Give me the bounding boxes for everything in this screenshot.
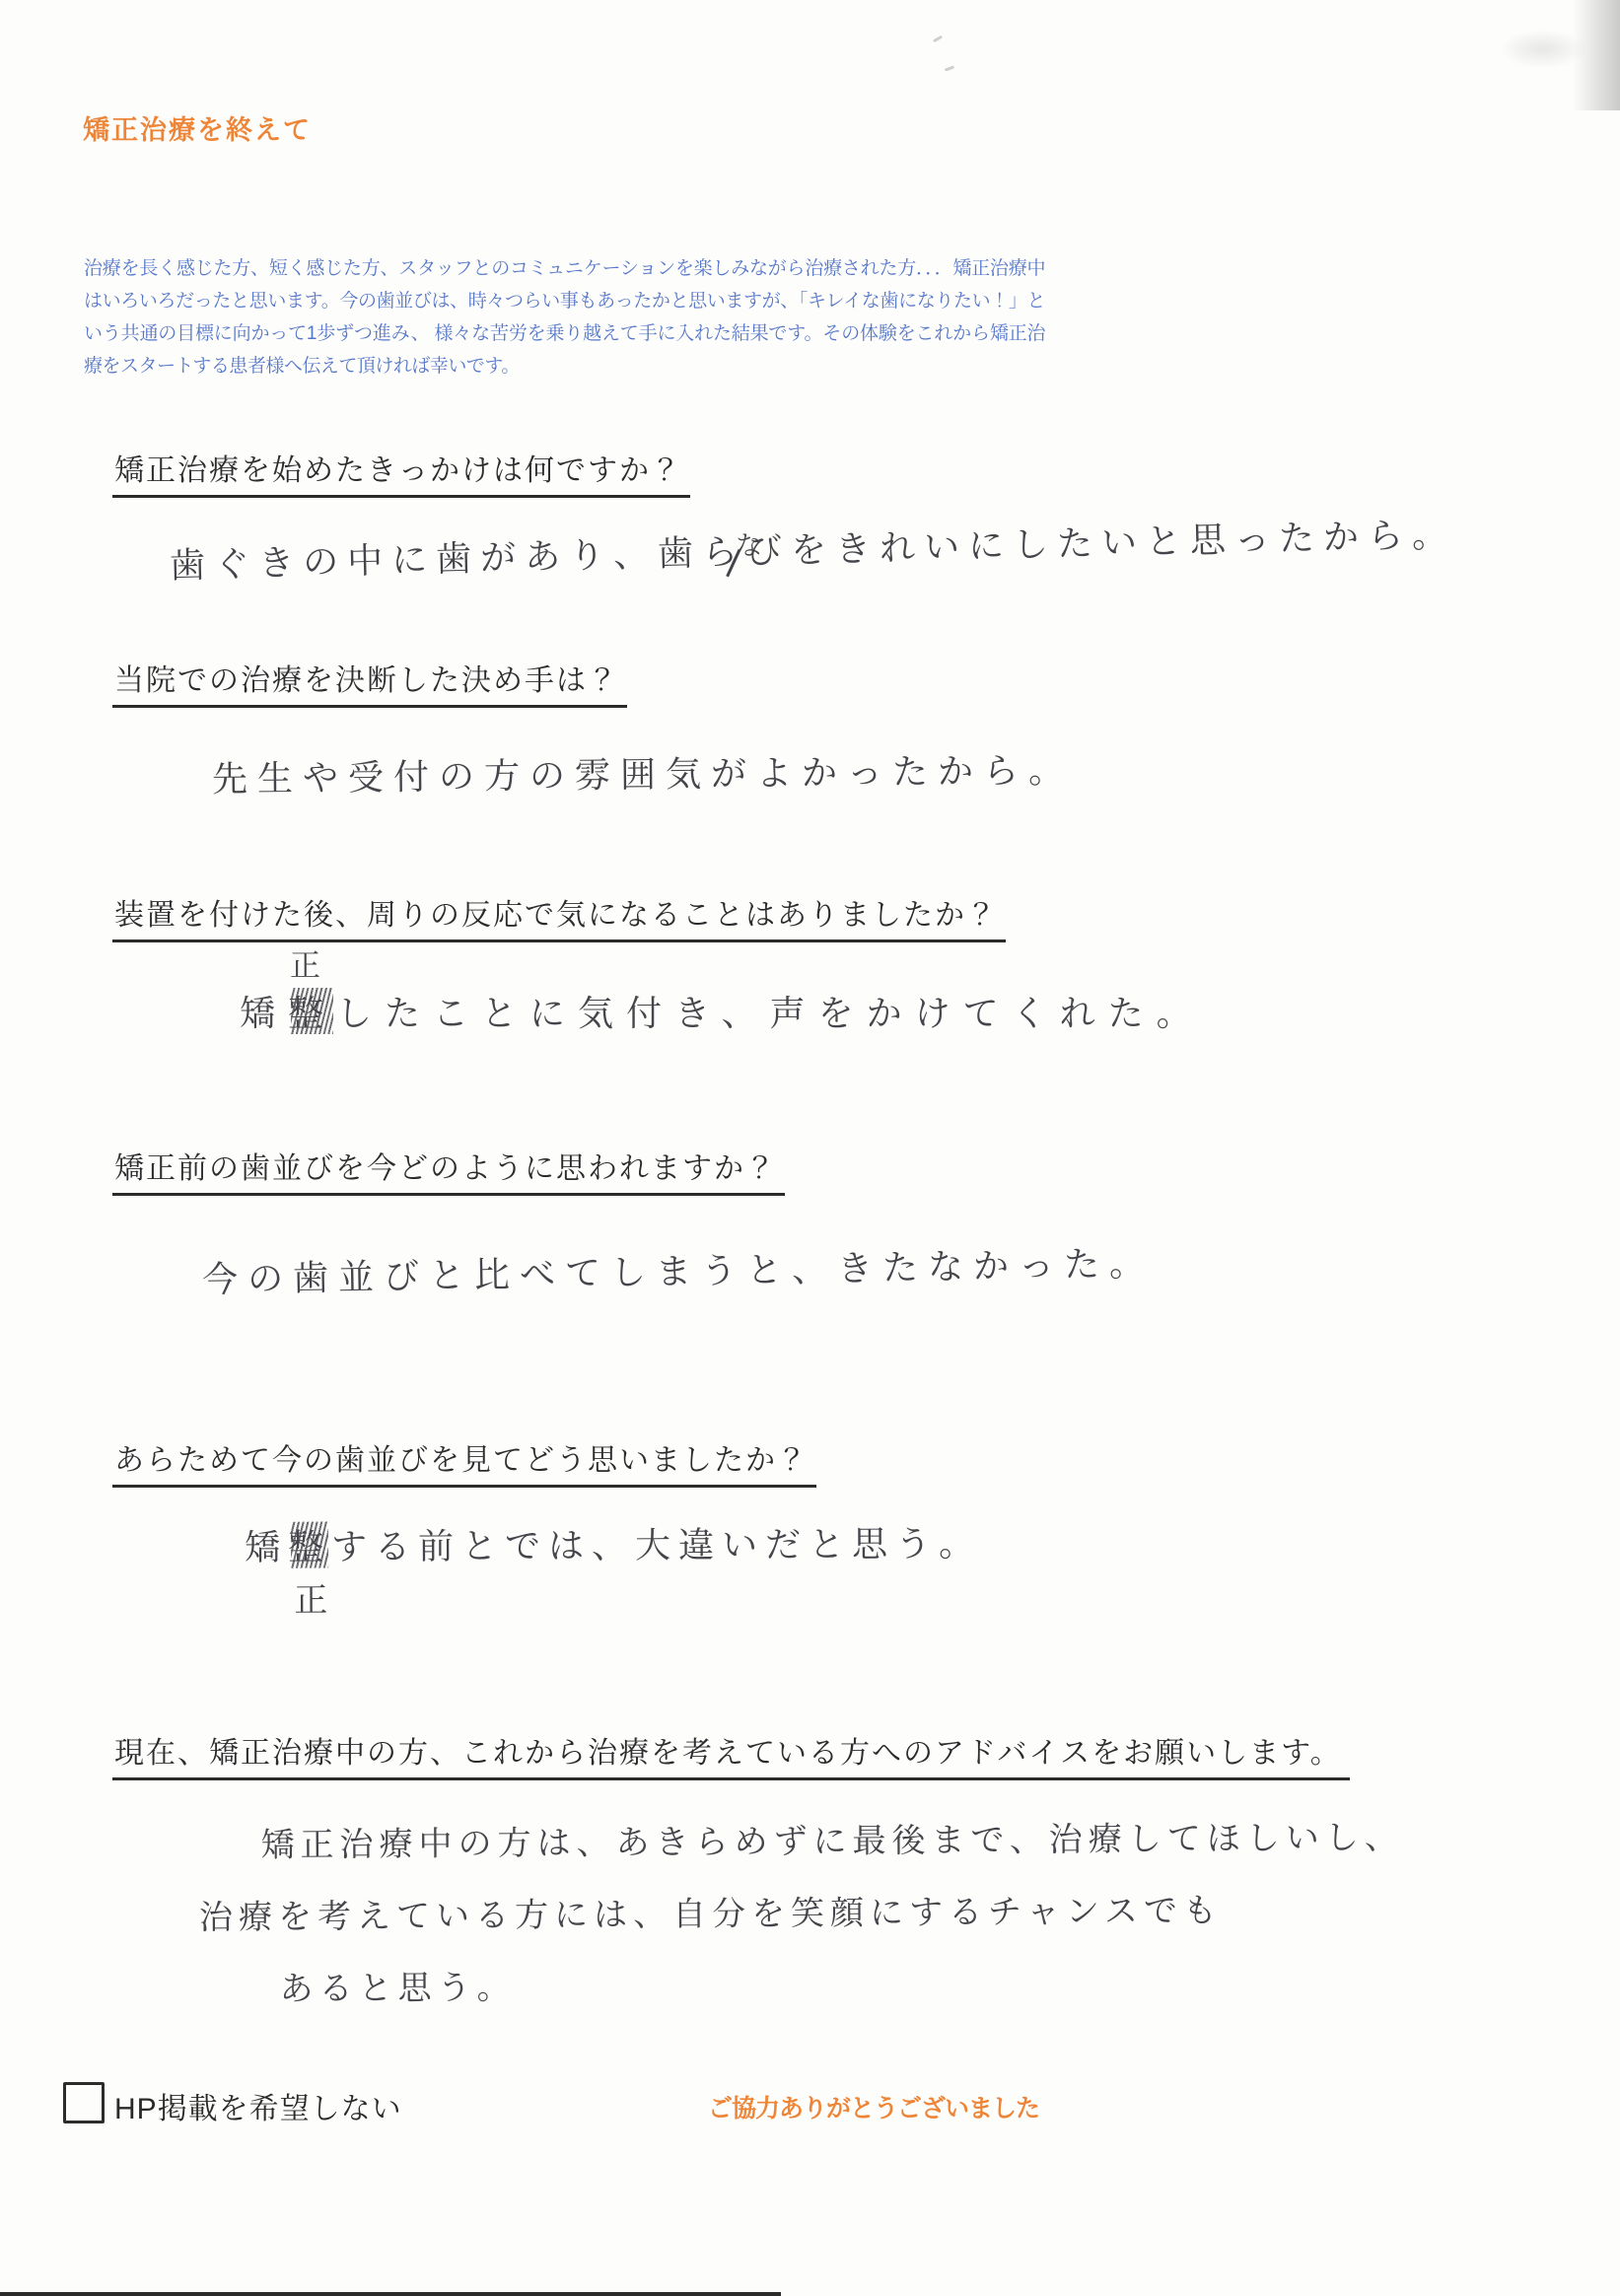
answer-6-line-2: 治療を考えている方には、自分を笑顔にするチャンスでも [199,1874,1405,1955]
answer-1-post: らびをきれいにしたいと思ったから。 [702,514,1457,573]
scan-artifact-smudge [1499,30,1587,69]
answer-5-handwriting: 矯整正する前とでは、大違いだと思う。 [245,1516,982,1570]
answer-6-line-3: あると思う。 [279,1946,1405,2026]
answer-6-line-1: 矯正治療中の方は、あきらめずに最後まで、治療してほしいし、 [260,1802,1404,1882]
answer-3-pre: 矯 [240,993,288,1033]
scan-artifact-corner [1573,0,1620,110]
question-5-label: あらためて今の歯並びを見てどう思いましたか？ [112,1435,816,1488]
page-title: 矯正治療を終えて [83,108,312,147]
answer-3-handwriting: 矯整正したことに気付き、声をかけてくれた。 [240,986,1205,1036]
intro-paragraph: 治療を長く感じた方、短く感じた方、スタッフとのコミュニケーションを楽しみながら治… [84,252,1045,383]
struck-out-character: 整正 [288,1519,331,1569]
correction-character: 正 [294,1573,327,1622]
scan-artifact-mark [945,65,954,71]
question-2-label: 当院での治療を決断した決め手は？ [112,656,627,708]
struck-out-character: 整正 [288,986,336,1036]
hp-optout-label: HP掲載を希望しない [114,2084,402,2127]
answer-3-post: したことに気付き、声をかけてくれた。 [336,993,1205,1033]
answer-4-handwriting: 今の歯並びと比べてしまうと、きたなかった。 [202,1236,1156,1303]
scanned-questionnaire-page: 矯正治療を終えて 治療を長く感じた方、短く感じた方、スタッフとのコミュニケーショ… [0,0,1620,2296]
scan-artifact-mark [933,35,943,43]
question-4-label: 矯正前の歯並びを今どのように思われますか？ [112,1144,785,1196]
answer-1-pre: 歯ぐきの中に歯があり、歯 [170,532,703,586]
answer-2-handwriting: 先生や受付の方の雰囲気がよかったから。 [212,742,1075,801]
answer-5-pre: 矯 [245,1527,288,1567]
question-6-label: 現在、矯正治療中の方、これから治療を考えている方へのアドバイスをお願いします。 [112,1728,1350,1780]
correction-character: 正 [290,940,320,985]
scan-artifact-bottom-edge [0,2292,781,2296]
answer-1-handwriting: 歯ぐきの中に歯があり、歯ならびをきれいにしたいと思ったから。 [170,507,1457,589]
thanks-message: ご協力ありがとうございました [708,2089,1039,2124]
answer-5-post: する前とでは、大違いだと思う。 [331,1523,982,1566]
inserted-kana: な [735,523,762,563]
answer-6-handwriting: 矯正治療中の方は、あきらめずに最後まで、治療してほしいし、 治療を考えている方に… [260,1802,1405,2026]
question-3-label: 装置を付けた後、周りの反応で気になることはありましたか？ [112,890,1006,942]
question-1-label: 矯正治療を始めたきっかけは何ですか？ [112,446,690,498]
hp-optout-checkbox[interactable] [63,2082,105,2123]
